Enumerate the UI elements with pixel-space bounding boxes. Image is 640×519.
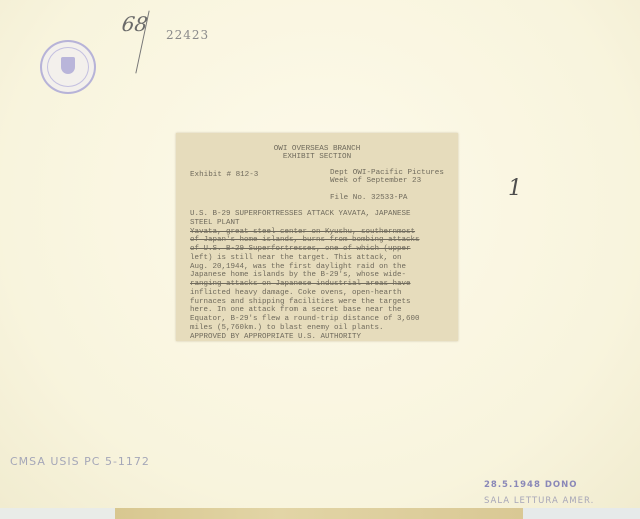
caption-header: OWI OVERSEAS BRANCH EXHIBIT SECTION bbox=[176, 145, 458, 161]
archive-reference: CMSA USIS PC 5-1172 bbox=[10, 455, 150, 468]
donation-stamp-location: SALA LETTURA AMER. bbox=[484, 496, 594, 506]
caption-line: left) is still near the target. This att… bbox=[190, 254, 452, 263]
photo-edge-strip bbox=[115, 508, 523, 519]
department-line2: Week of September 23 bbox=[330, 177, 444, 185]
scan-background-left bbox=[0, 508, 115, 519]
caption-line: here. In one attack from a secret base n… bbox=[190, 306, 452, 315]
caption-line: Yavata, great steel center on Kyushu, so… bbox=[190, 228, 452, 237]
caption-body: U.S. B-29 SUPERFORTRESSES ATTACK YAVATA,… bbox=[190, 210, 452, 341]
caption-line: ranging attacks on Japanese industrial a… bbox=[190, 280, 452, 289]
caption-line: of Japan's home islands, burns from bomb… bbox=[190, 236, 452, 245]
caption-line: Aug. 20,1944, was the first daylight rai… bbox=[190, 263, 452, 272]
shield-icon bbox=[61, 57, 75, 74]
caption-title-line1: U.S. B-29 SUPERFORTRESSES ATTACK YAVATA,… bbox=[190, 210, 452, 219]
caption-line: Equator, B-29's flew a round-trip distan… bbox=[190, 315, 452, 324]
stamped-number: 22423 bbox=[166, 28, 209, 42]
handwritten-mark: 1 bbox=[508, 176, 522, 201]
library-seal-stamp bbox=[40, 40, 96, 94]
caption-header-line1: OWI OVERSEAS BRANCH bbox=[176, 145, 458, 153]
caption-header-line2: EXHIBIT SECTION bbox=[176, 153, 458, 161]
caption-line: of U.S. B-29 Superfortresses, one of whi… bbox=[190, 245, 452, 254]
donation-stamp-date: 28.5.1948 DONO bbox=[484, 480, 577, 490]
approval-line: APPROVED BY APPROPRIATE U.S. AUTHORITY bbox=[190, 333, 452, 342]
file-number: File No. 32533-PA bbox=[330, 194, 407, 203]
department-info: Dept OWI-Pacific Pictures Week of Septem… bbox=[330, 169, 444, 186]
caption-title-line2: STEEL PLANT bbox=[190, 219, 452, 228]
scan-background-right bbox=[523, 508, 640, 519]
caption-line: furnaces and shipping facilities were th… bbox=[190, 298, 452, 307]
typed-caption-label: OWI OVERSEAS BRANCH EXHIBIT SECTION Exhi… bbox=[176, 133, 458, 341]
department-line1: Dept OWI-Pacific Pictures bbox=[330, 169, 444, 177]
caption-line: Japanese home islands by the B-29's, who… bbox=[190, 271, 452, 280]
caption-line: inflicted heavy damage. Coke ovens, open… bbox=[190, 289, 452, 298]
exhibit-number: Exhibit # 812-3 bbox=[190, 171, 258, 180]
caption-line: miles (5,760km.) to blast enemy oil plan… bbox=[190, 324, 452, 333]
